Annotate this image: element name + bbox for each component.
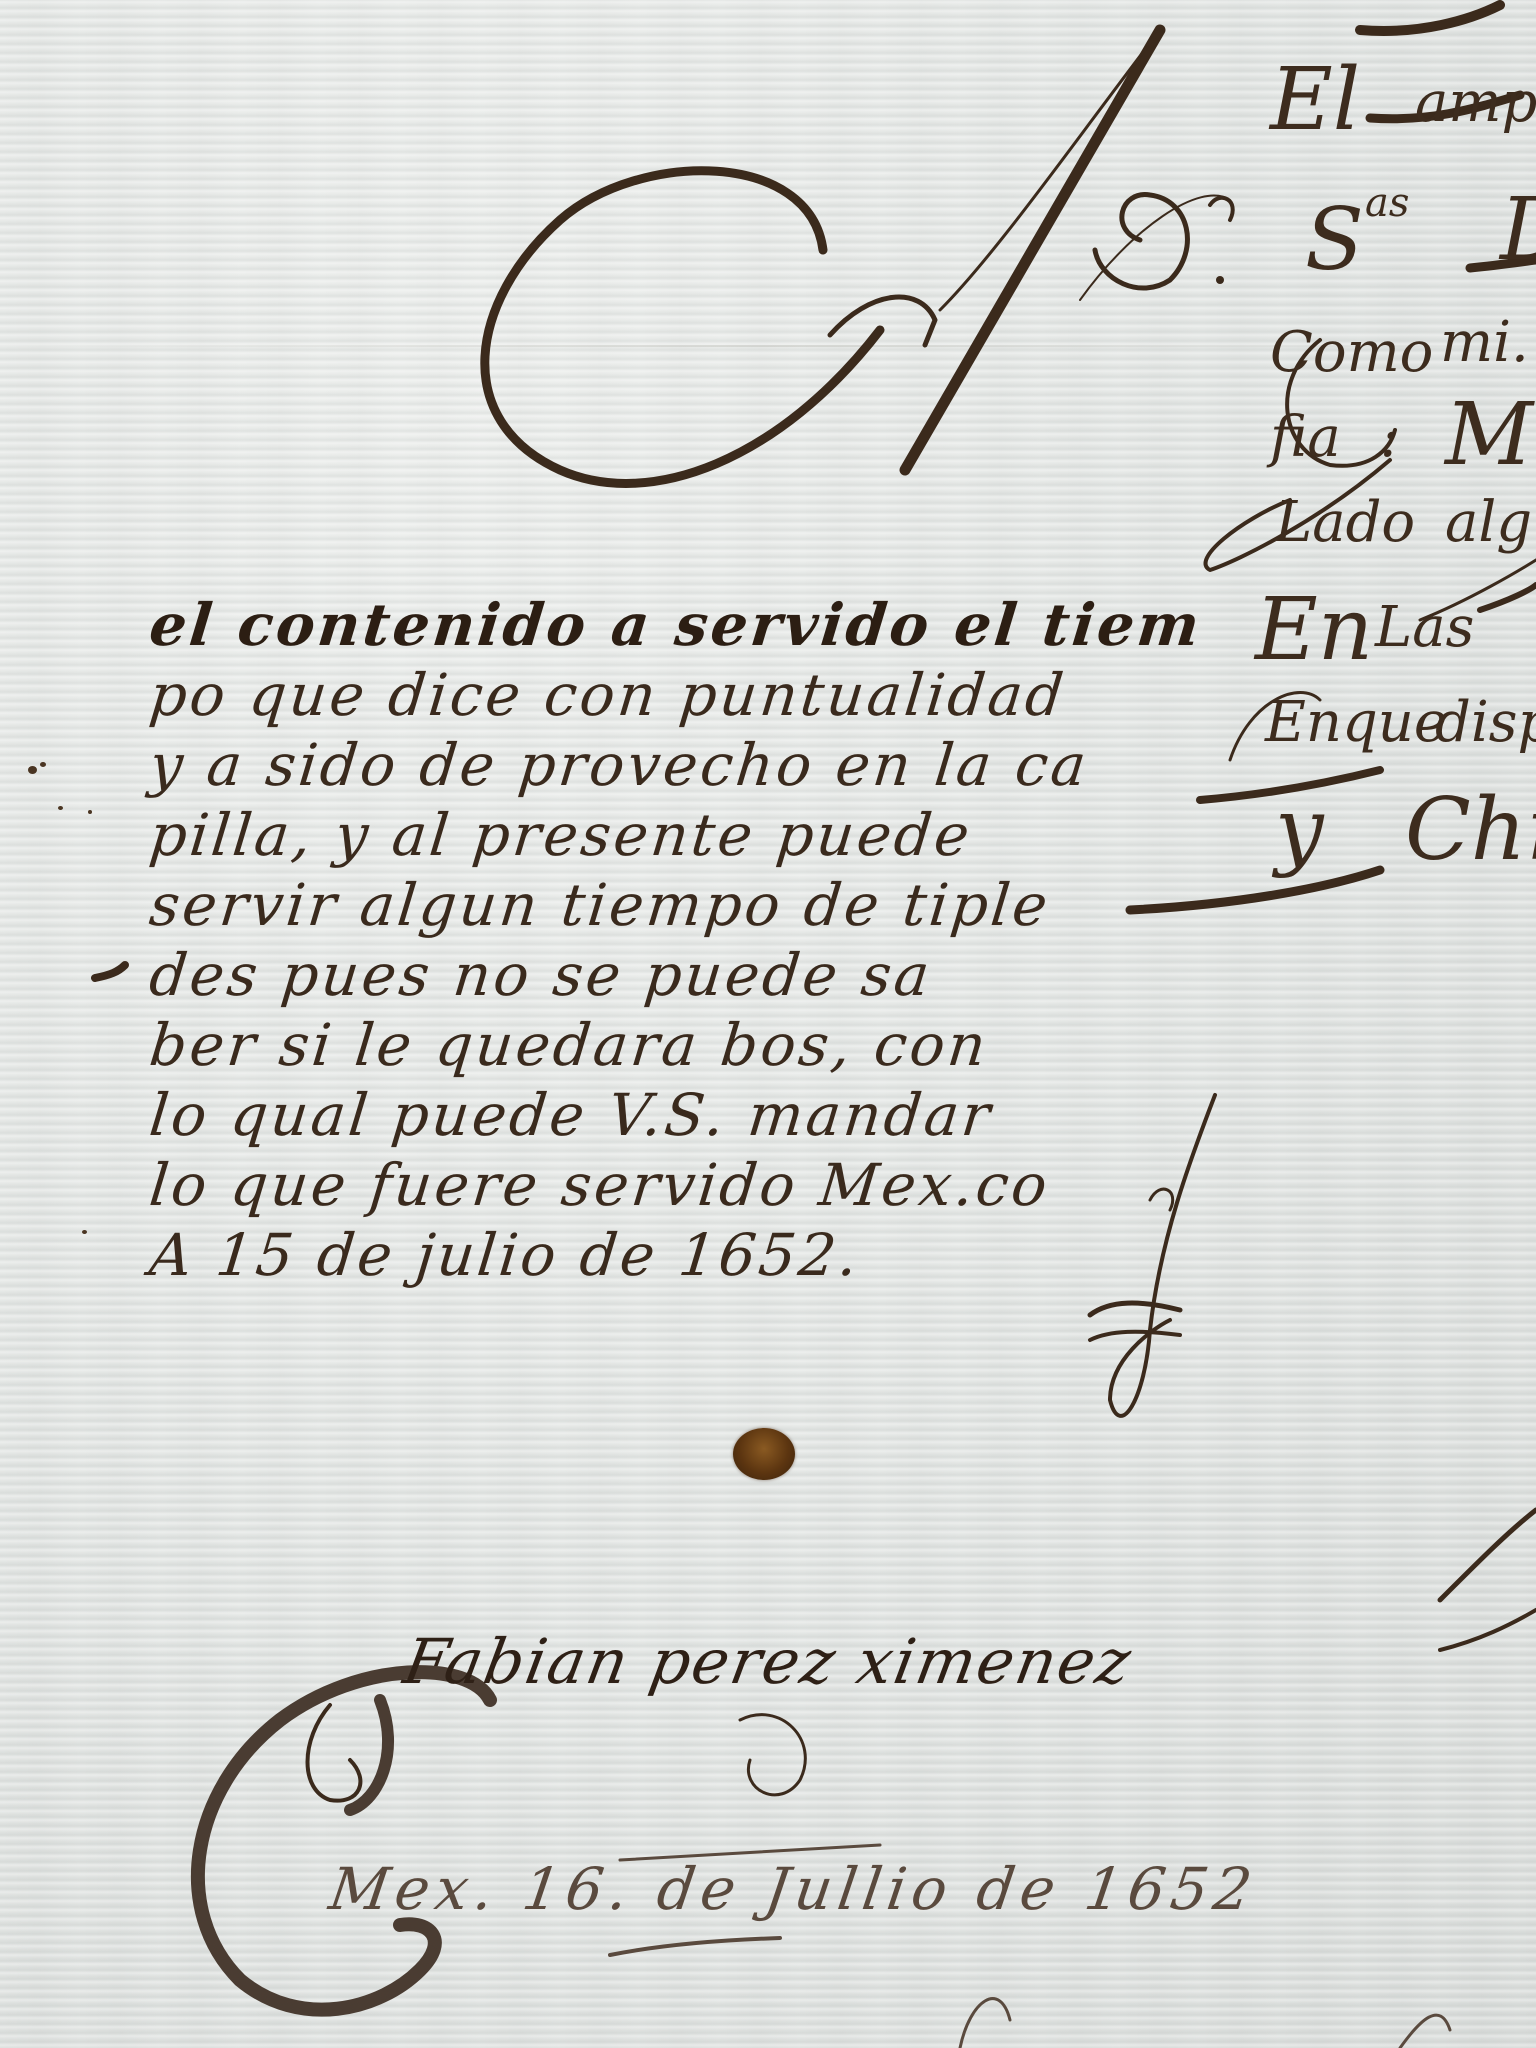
margin-line-7-left: Enque	[1265, 690, 1447, 755]
ink-speck	[40, 762, 46, 767]
ink-speck	[82, 1230, 87, 1234]
margin-line-3-right: mi.	[1440, 310, 1529, 375]
body-line-9: lo que fuere servido Mex.co	[146, 1150, 1213, 1220]
margin-line-4-left: fia	[1270, 405, 1341, 470]
margin-line-8-left: y	[1275, 780, 1324, 880]
body-line-7: ber si le quedara bos, con	[146, 1010, 1213, 1080]
ink-burn-hole	[733, 1428, 795, 1480]
margin-line-4-sep: :	[1380, 405, 1399, 470]
body-line-1: el contenido a servido el tiem	[146, 590, 1213, 660]
body-line-2: po que dice con puntualidad	[146, 660, 1213, 730]
ink-speck	[58, 806, 63, 810]
margin-line-5-left: Lado	[1275, 490, 1415, 555]
margin-line-2-sup: as	[1365, 180, 1409, 226]
body-line-4: pilla, y al presente puede	[146, 800, 1213, 870]
ink-speck	[28, 766, 37, 774]
margin-line-7-right: disp	[1435, 690, 1536, 755]
margin-line-6-right: Las	[1375, 595, 1474, 660]
margin-line-6-left: En	[1255, 580, 1373, 680]
body-line-6: des pues no se puede sa	[146, 940, 1213, 1010]
body-line-date: A 15 de julio de 1652.	[146, 1220, 1213, 1290]
ink-speck	[88, 810, 92, 814]
margin-line-8-right: Chrig	[1405, 780, 1536, 880]
body-line-5: servir algun tiempo de tiple	[146, 870, 1213, 940]
margin-line-2-right: D	[1500, 180, 1536, 280]
body-line-3: y a sido de provecho en la ca	[146, 730, 1213, 800]
letter-body: el contenido a servido el tiem po que di…	[150, 590, 1210, 1290]
margin-line-4-right: M	[1445, 385, 1533, 485]
bottom-annotation: Mex. 16. de Jullio de 1652	[325, 1855, 1262, 1923]
margin-line-1-right: ampa	[1415, 70, 1536, 135]
margin-line-2-left: S	[1305, 190, 1364, 290]
margin-line-3-left: Como	[1270, 320, 1433, 385]
margin-line-5-right: alg	[1445, 490, 1532, 555]
signature: Fabian perez ximenez	[399, 1625, 1138, 1698]
margin-line-1-left: El	[1270, 50, 1360, 150]
body-line-8: lo qual puede V.S. mandar	[146, 1080, 1213, 1150]
